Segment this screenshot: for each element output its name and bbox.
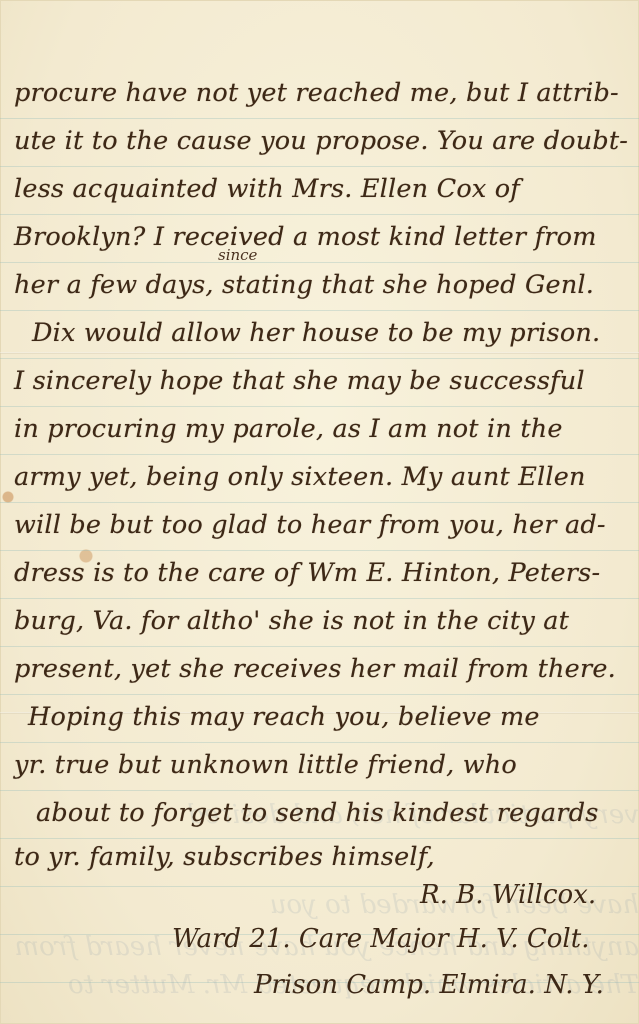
ruled-line — [0, 118, 639, 119]
ruled-line — [0, 406, 639, 407]
signature-address-line-2: Prison Camp. Elmira. N. Y. — [254, 970, 604, 1000]
signature-address-line-1: Ward 21. Care Major H. V. Colt. — [172, 924, 589, 954]
ruled-line — [0, 166, 639, 167]
letter-line: will be but too glad to hear from you, h… — [14, 510, 631, 540]
ruled-line — [0, 502, 639, 503]
letter-line: about to forget to send his kindest rega… — [36, 798, 631, 828]
letter-line: dress is to the care of Wm E. Hinton, Pe… — [14, 558, 631, 588]
letter-line: less acquainted with Mrs. Ellen Cox of — [14, 174, 631, 204]
letter-line: Brooklyn? I received a most kind letter … — [14, 222, 631, 252]
ruled-line — [0, 742, 639, 743]
ruled-line — [0, 838, 639, 839]
ruled-line — [0, 358, 639, 359]
letter-line: to yr. family, subscribes himself, — [14, 842, 631, 872]
ruled-line — [0, 790, 639, 791]
letter-line: in procuring my parole, as I am not in t… — [14, 414, 631, 444]
letter-line: yr. true but unknown little friend, who — [14, 750, 631, 780]
letter-line: burg, Va. for altho' she is not in the c… — [14, 606, 631, 636]
letter-line: present, yet she receives her mail from … — [14, 654, 631, 684]
letter-page: very particular of her, and desired have… — [0, 0, 639, 1024]
letter-line: her a few days, stating that she hoped G… — [14, 270, 631, 300]
ruled-line — [0, 454, 639, 455]
ruled-line — [0, 214, 639, 215]
letter-line: I sincerely hope that she may be success… — [14, 366, 631, 396]
interlinear-insertion: since — [218, 246, 257, 264]
letter-line: army yet, being only sixteen. My aunt El… — [14, 462, 631, 492]
paper-fold — [0, 352, 639, 354]
letter-line: Dix would allow her house to be my priso… — [32, 318, 631, 348]
ruled-line — [0, 310, 639, 311]
ruled-line — [0, 262, 639, 263]
ruled-line — [0, 598, 639, 599]
letter-line: ute it to the cause you propose. You are… — [14, 126, 631, 156]
signature-name: R. B. Willcox. — [420, 880, 596, 910]
letter-line: Hoping this may reach you, believe me — [28, 702, 631, 732]
ruled-line — [0, 694, 639, 695]
ruled-line — [0, 646, 639, 647]
ruled-line — [0, 550, 639, 551]
letter-line: procure have not yet reached me, but I a… — [14, 78, 631, 108]
